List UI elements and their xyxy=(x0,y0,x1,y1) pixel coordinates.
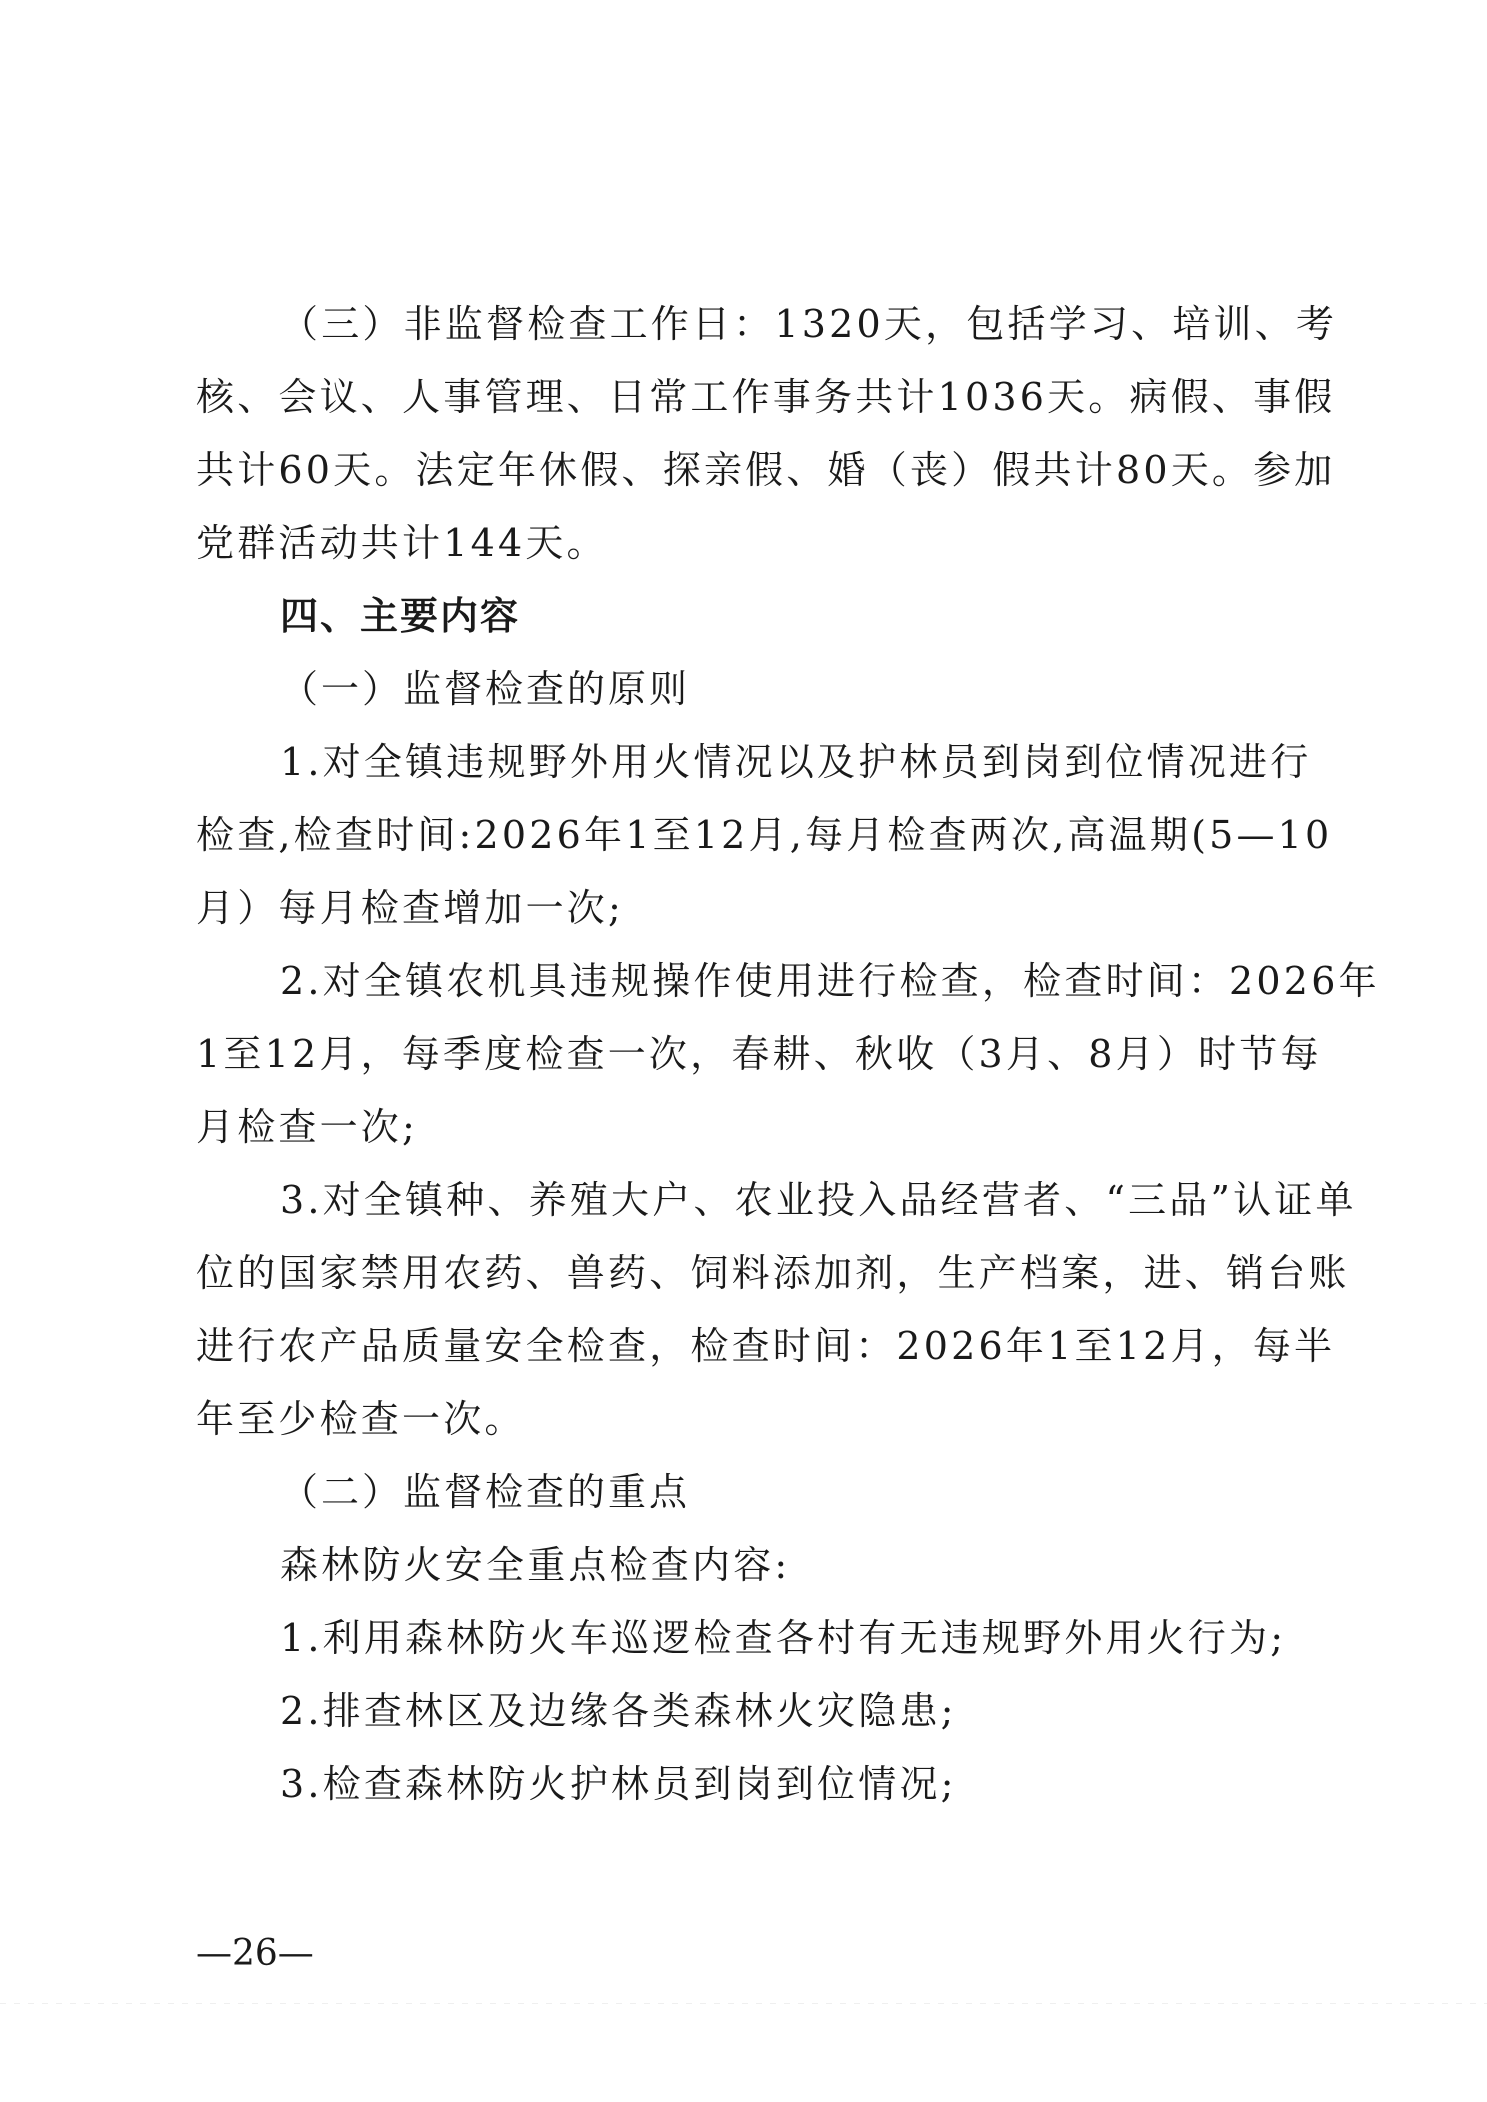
list-item-line: 年至少检查一次。 xyxy=(196,1397,1296,1441)
list-item-line: 进行农产品质量安全检查，检查时间：2026年1至12月，每半 xyxy=(196,1324,1296,1368)
scan-artifact xyxy=(0,2003,1487,2004)
paragraph-line: 核、会议、人事管理、日常工作事务共计1036天。病假、事假 xyxy=(196,375,1296,419)
paragraph-line: （三）非监督检查工作日：1320天，包括学习、培训、考 xyxy=(280,302,1296,346)
list-item-line: 3.对全镇种、养殖大户、农业投入品经营者、“三品”认证单 xyxy=(280,1178,1296,1222)
subsection-intro: 森林防火安全重点检查内容: xyxy=(280,1543,1296,1587)
list-item-line: 1至12月，每季度检查一次，春耕、秋收（3月、8月）时节每 xyxy=(196,1032,1296,1076)
list-item: 3.检查森林防火护林员到岗到位情况; xyxy=(280,1762,1296,1806)
paragraph-line: 共计60天。法定年休假、探亲假、婚（丧）假共计80天。参加 xyxy=(196,448,1296,492)
list-item-line: 1.对全镇违规野外用火情况以及护林员到岗到位情况进行 xyxy=(280,740,1296,784)
document-page: （三）非监督检查工作日：1320天，包括学习、培训、考 核、会议、人事管理、日常… xyxy=(0,0,1487,2102)
list-item: 1.利用森林防火车巡逻检查各村有无违规野外用火行为; xyxy=(280,1616,1296,1660)
page-number: —26— xyxy=(196,1934,314,1974)
subsection-title: （二）监督检查的重点 xyxy=(280,1470,1296,1514)
paragraph-line: 党群活动共计144天。 xyxy=(196,521,1296,565)
subsection-title: （一）监督检查的原则 xyxy=(280,667,1296,711)
list-item-line: 检查,检查时间:2026年1至12月,每月检查两次,高温期(5—10 xyxy=(196,813,1296,857)
list-item-line: 位的国家禁用农药、兽药、饲料添加剂，生产档案，进、销台账 xyxy=(196,1251,1296,1295)
section-heading: 四、主要内容 xyxy=(280,594,1296,638)
list-item-line: 月检查一次; xyxy=(196,1105,1296,1149)
list-item-line: 月）每月检查增加一次; xyxy=(196,886,1296,930)
list-item: 2.排查林区及边缘各类森林火灾隐患; xyxy=(280,1689,1296,1733)
list-item-line: 2.对全镇农机具违规操作使用进行检查，检查时间：2026年 xyxy=(280,959,1296,1003)
